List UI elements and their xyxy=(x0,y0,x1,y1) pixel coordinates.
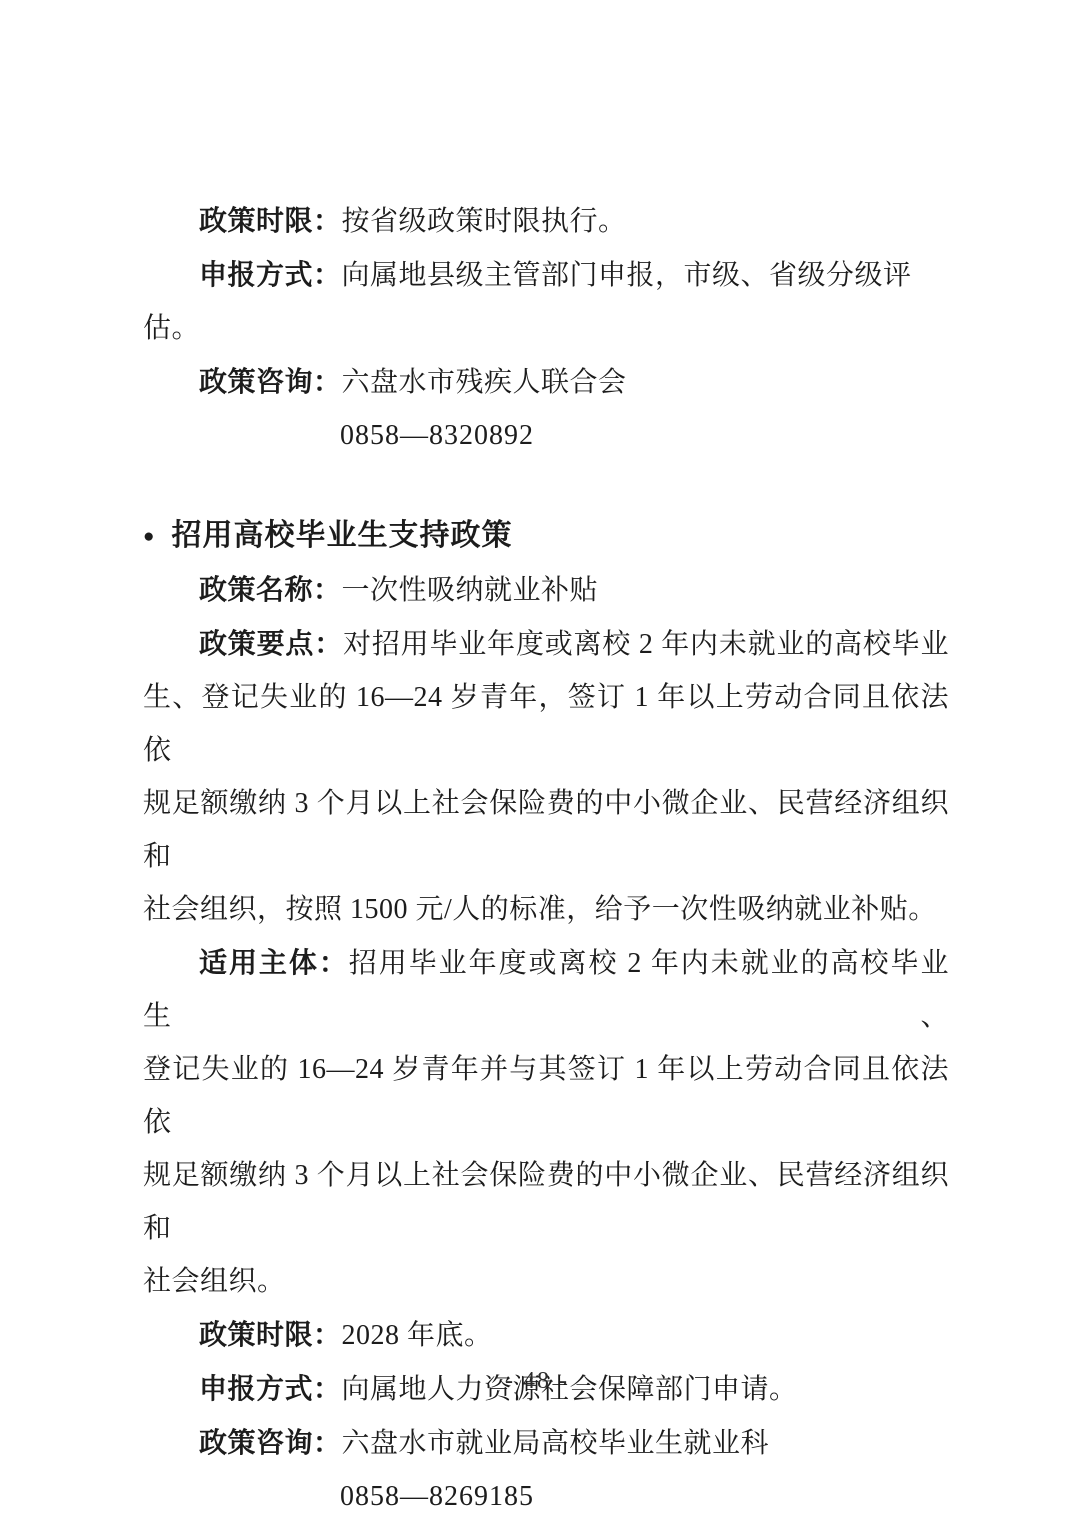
policy-consult-phone-1: 0858—8320892 xyxy=(143,409,949,462)
applicable-subject-line-4: 社会组织。 xyxy=(143,1255,949,1308)
policy-deadline-value-1: 按省级政策时限执行。 xyxy=(342,206,627,237)
policy-points-label: 政策要点： xyxy=(199,628,343,659)
policy-name-value: 一次性吸纳就业补贴 xyxy=(342,575,599,606)
applicable-subject-text-3: 规足额缴纳 3 个月以上社会保险费的中小微企业、民营经济组织和 xyxy=(143,1160,949,1244)
section-heading-text: 招用高校毕业生支持政策 xyxy=(171,519,512,552)
policy-points-line-1: 政策要点：对招用毕业年度或离校 2 年内未就业的高校毕业 xyxy=(143,617,949,671)
policy-consult-label-1: 政策咨询： xyxy=(199,366,342,397)
policy-deadline-line-2: 政策时限：2028 年底。 xyxy=(143,1308,949,1362)
policy-deadline-value-2: 2028 年底。 xyxy=(342,1320,493,1351)
policy-deadline-label-2: 政策时限： xyxy=(199,1319,342,1350)
applicable-subject-line-2: 登记失业的 16—24 岁青年并与其签订 1 年以上劳动合同且依法依 xyxy=(143,1043,949,1149)
bullet-icon: ● xyxy=(143,510,154,563)
policy-consult-value-1: 六盘水市残疾人联合会 xyxy=(342,367,627,398)
applicable-subject-label: 适用主体： xyxy=(199,947,349,978)
page-content: 政策时限：按省级政策时限执行。 申报方式：向属地县级主管部门申报，市级、省级分级… xyxy=(143,194,949,1520)
applicable-subject-text-2: 登记失业的 16—24 岁青年并与其签订 1 年以上劳动合同且依法依 xyxy=(143,1054,949,1138)
policy-points-text-1: 对招用毕业年度或离校 2 年内未就业的高校毕业 xyxy=(343,629,949,660)
policy-name-label: 政策名称： xyxy=(199,574,342,605)
page-number: - 48 - xyxy=(0,1368,1074,1395)
policy-points-line-4: 社会组织，按照 1500 元/人的标准，给予一次性吸纳就业补贴。 xyxy=(143,883,949,936)
section-heading-line: ●招用高校毕业生支持政策 xyxy=(143,509,949,563)
policy-deadline-line-1: 政策时限：按省级政策时限执行。 xyxy=(143,194,949,248)
policy-points-text-3: 规足额缴纳 3 个月以上社会保险费的中小微企业、民营经济组织和 xyxy=(143,788,949,872)
applicable-subject-line-3: 规足额缴纳 3 个月以上社会保险费的中小微企业、民营经济组织和 xyxy=(143,1149,949,1255)
policy-consult-line-2: 政策咨询：六盘水市就业局高校毕业生就业科 xyxy=(143,1416,949,1470)
policy-consult-value-2: 六盘水市就业局高校毕业生就业科 xyxy=(342,1428,770,1459)
policy-points-text-2: 生、登记失业的 16—24 岁青年，签订 1 年以上劳动合同且依法依 xyxy=(143,682,949,766)
document-page: 政策时限：按省级政策时限执行。 申报方式：向属地县级主管部门申报，市级、省级分级… xyxy=(0,0,1074,1520)
policy-deadline-label-1: 政策时限： xyxy=(199,205,342,236)
applicable-subject-text-4: 社会组织。 xyxy=(143,1266,286,1297)
policy-points-text-4: 社会组织，按照 1500 元/人的标准，给予一次性吸纳就业补贴。 xyxy=(143,894,937,925)
applicable-subject-line-1: 适用主体：招用毕业年度或离校 2 年内未就业的高校毕业生、 xyxy=(143,936,949,1043)
policy-points-line-3: 规足额缴纳 3 个月以上社会保险费的中小微企业、民营经济组织和 xyxy=(143,777,949,883)
policy-name-line: 政策名称：一次性吸纳就业补贴 xyxy=(143,563,949,617)
policy-points-line-2: 生、登记失业的 16—24 岁青年，签订 1 年以上劳动合同且依法依 xyxy=(143,671,949,777)
application-method-line-1: 申报方式：向属地县级主管部门申报，市级、省级分级评估。 xyxy=(143,248,949,355)
policy-consult-line-1: 政策咨询：六盘水市残疾人联合会 xyxy=(143,355,949,409)
policy-consult-phone-2: 0858—8269185 xyxy=(143,1470,949,1520)
policy-consult-label-2: 政策咨询： xyxy=(199,1427,342,1458)
application-method-label-1: 申报方式： xyxy=(199,259,342,290)
